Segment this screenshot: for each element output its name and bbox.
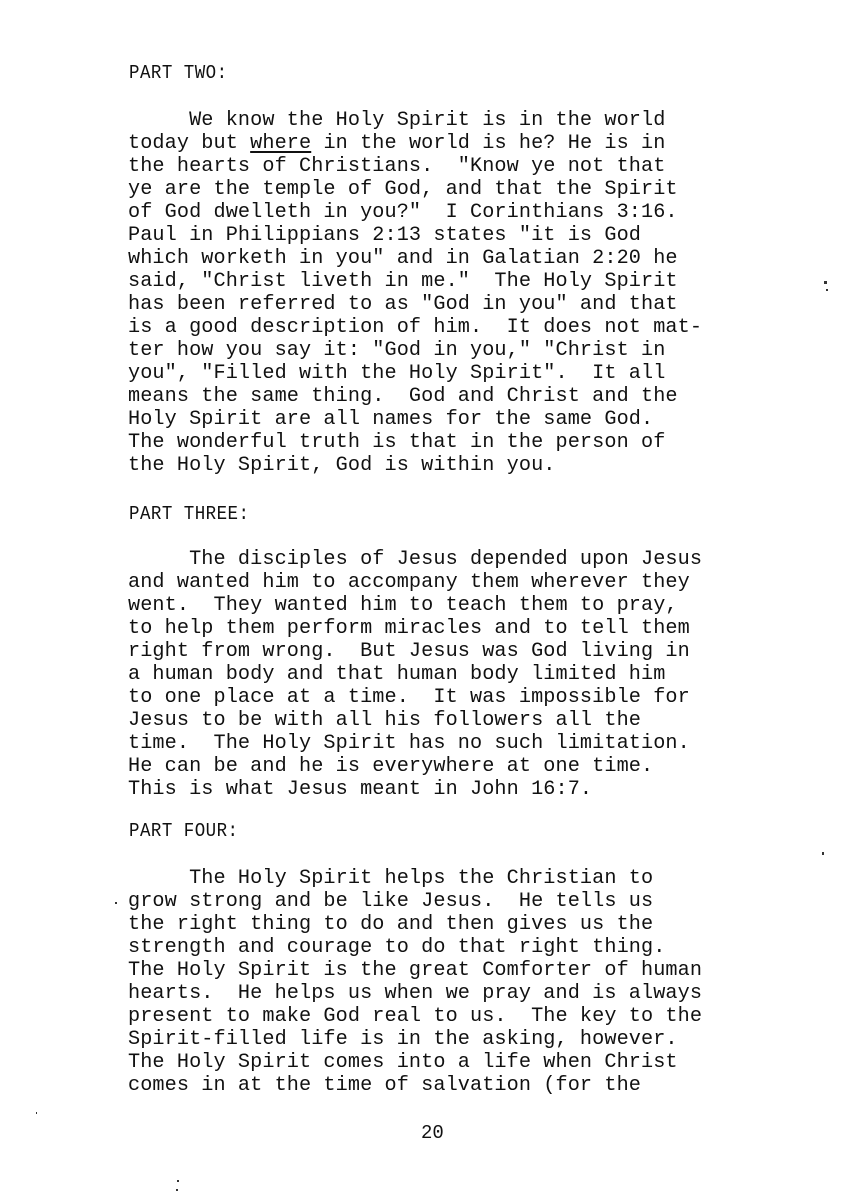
- text-line: strength and courage to do that right th…: [128, 936, 848, 959]
- text-line: Jesus to be with all his followers all t…: [128, 709, 848, 732]
- text-line: comes in at the time of salvation (for t…: [128, 1074, 848, 1097]
- text-line: the hearts of Christians. "Know ye not t…: [128, 155, 848, 178]
- text-line: which worketh in you" and in Galatian 2:…: [128, 247, 848, 270]
- underlined-word: where: [250, 132, 311, 155]
- text-line: The wonderful truth is that in the perso…: [128, 431, 848, 454]
- text-line: Holy Spirit are all names for the same G…: [128, 408, 848, 431]
- section-body-part-four: The Holy Spirit helps the Christian togr…: [128, 867, 848, 1097]
- text-line: ye are the temple of God, and that the S…: [128, 178, 848, 201]
- text-line: you", "Filled with the Holy Spirit". It …: [128, 362, 848, 385]
- scan-speck: [36, 1112, 37, 1114]
- text-line: right from wrong. But Jesus was God livi…: [128, 640, 848, 663]
- scan-speck: [826, 289, 828, 291]
- text-line: has been referred to as "God in you" and…: [128, 293, 848, 316]
- text-line: We know the Holy Spirit is in the world: [128, 109, 848, 132]
- section-heading-part-four: PART FOUR:: [129, 820, 239, 842]
- scan-speck: [822, 852, 824, 855]
- text-line: ter how you say it: "God in you," "Chris…: [128, 339, 848, 362]
- text-line: of God dwelleth in you?" I Corinthians 3…: [128, 201, 848, 224]
- text-line: to help them perform miracles and to tel…: [128, 617, 848, 640]
- text-line: The Holy Spirit helps the Christian to: [128, 867, 848, 890]
- text-line: is a good description of him. It does no…: [128, 316, 848, 339]
- text-line: The Holy Spirit comes into a life when C…: [128, 1051, 848, 1074]
- page-number: 20: [421, 1122, 444, 1144]
- text-line: He can be and he is everywhere at one ti…: [128, 755, 848, 778]
- section-body-part-two: We know the Holy Spirit is in the worldt…: [128, 109, 848, 477]
- text-line: to one place at a time. It was impossibl…: [128, 686, 848, 709]
- text-line: the right thing to do and then gives us …: [128, 913, 848, 936]
- text-line: today but where in the world is he? He i…: [128, 132, 848, 155]
- scan-speck: [115, 902, 117, 904]
- text-line: time. The Holy Spirit has no such limita…: [128, 732, 848, 755]
- text-line: went. They wanted him to teach them to p…: [128, 594, 848, 617]
- text-line: hearts. He helps us when we pray and is …: [128, 982, 848, 1005]
- text-line: Spirit-filled life is in the asking, how…: [128, 1028, 848, 1051]
- text-line: means the same thing. God and Christ and…: [128, 385, 848, 408]
- scan-speck: [176, 1189, 178, 1191]
- text-line: This is what Jesus meant in John 16:7.: [128, 778, 848, 801]
- text-line: the Holy Spirit, God is within you.: [128, 454, 848, 477]
- text-line: a human body and that human body limited…: [128, 663, 848, 686]
- text-line: The disciples of Jesus depended upon Jes…: [128, 548, 848, 571]
- document-page: PART TWO: We know the Holy Spirit is in …: [0, 0, 854, 1199]
- text-line: and wanted him to accompany them whereve…: [128, 571, 848, 594]
- section-body-part-three: The disciples of Jesus depended upon Jes…: [128, 548, 848, 801]
- section-heading-part-two: PART TWO:: [129, 62, 228, 84]
- text-line: said, "Christ liveth in me." The Holy Sp…: [128, 270, 848, 293]
- text-line: grow strong and be like Jesus. He tells …: [128, 890, 848, 913]
- text-line: Paul in Philippians 2:13 states "it is G…: [128, 224, 848, 247]
- section-heading-part-three: PART THREE:: [129, 503, 249, 525]
- text-line: present to make God real to us. The key …: [128, 1005, 848, 1028]
- scan-speck: [177, 1180, 179, 1182]
- text-line: The Holy Spirit is the great Comforter o…: [128, 959, 848, 982]
- scan-speck: [824, 281, 827, 284]
